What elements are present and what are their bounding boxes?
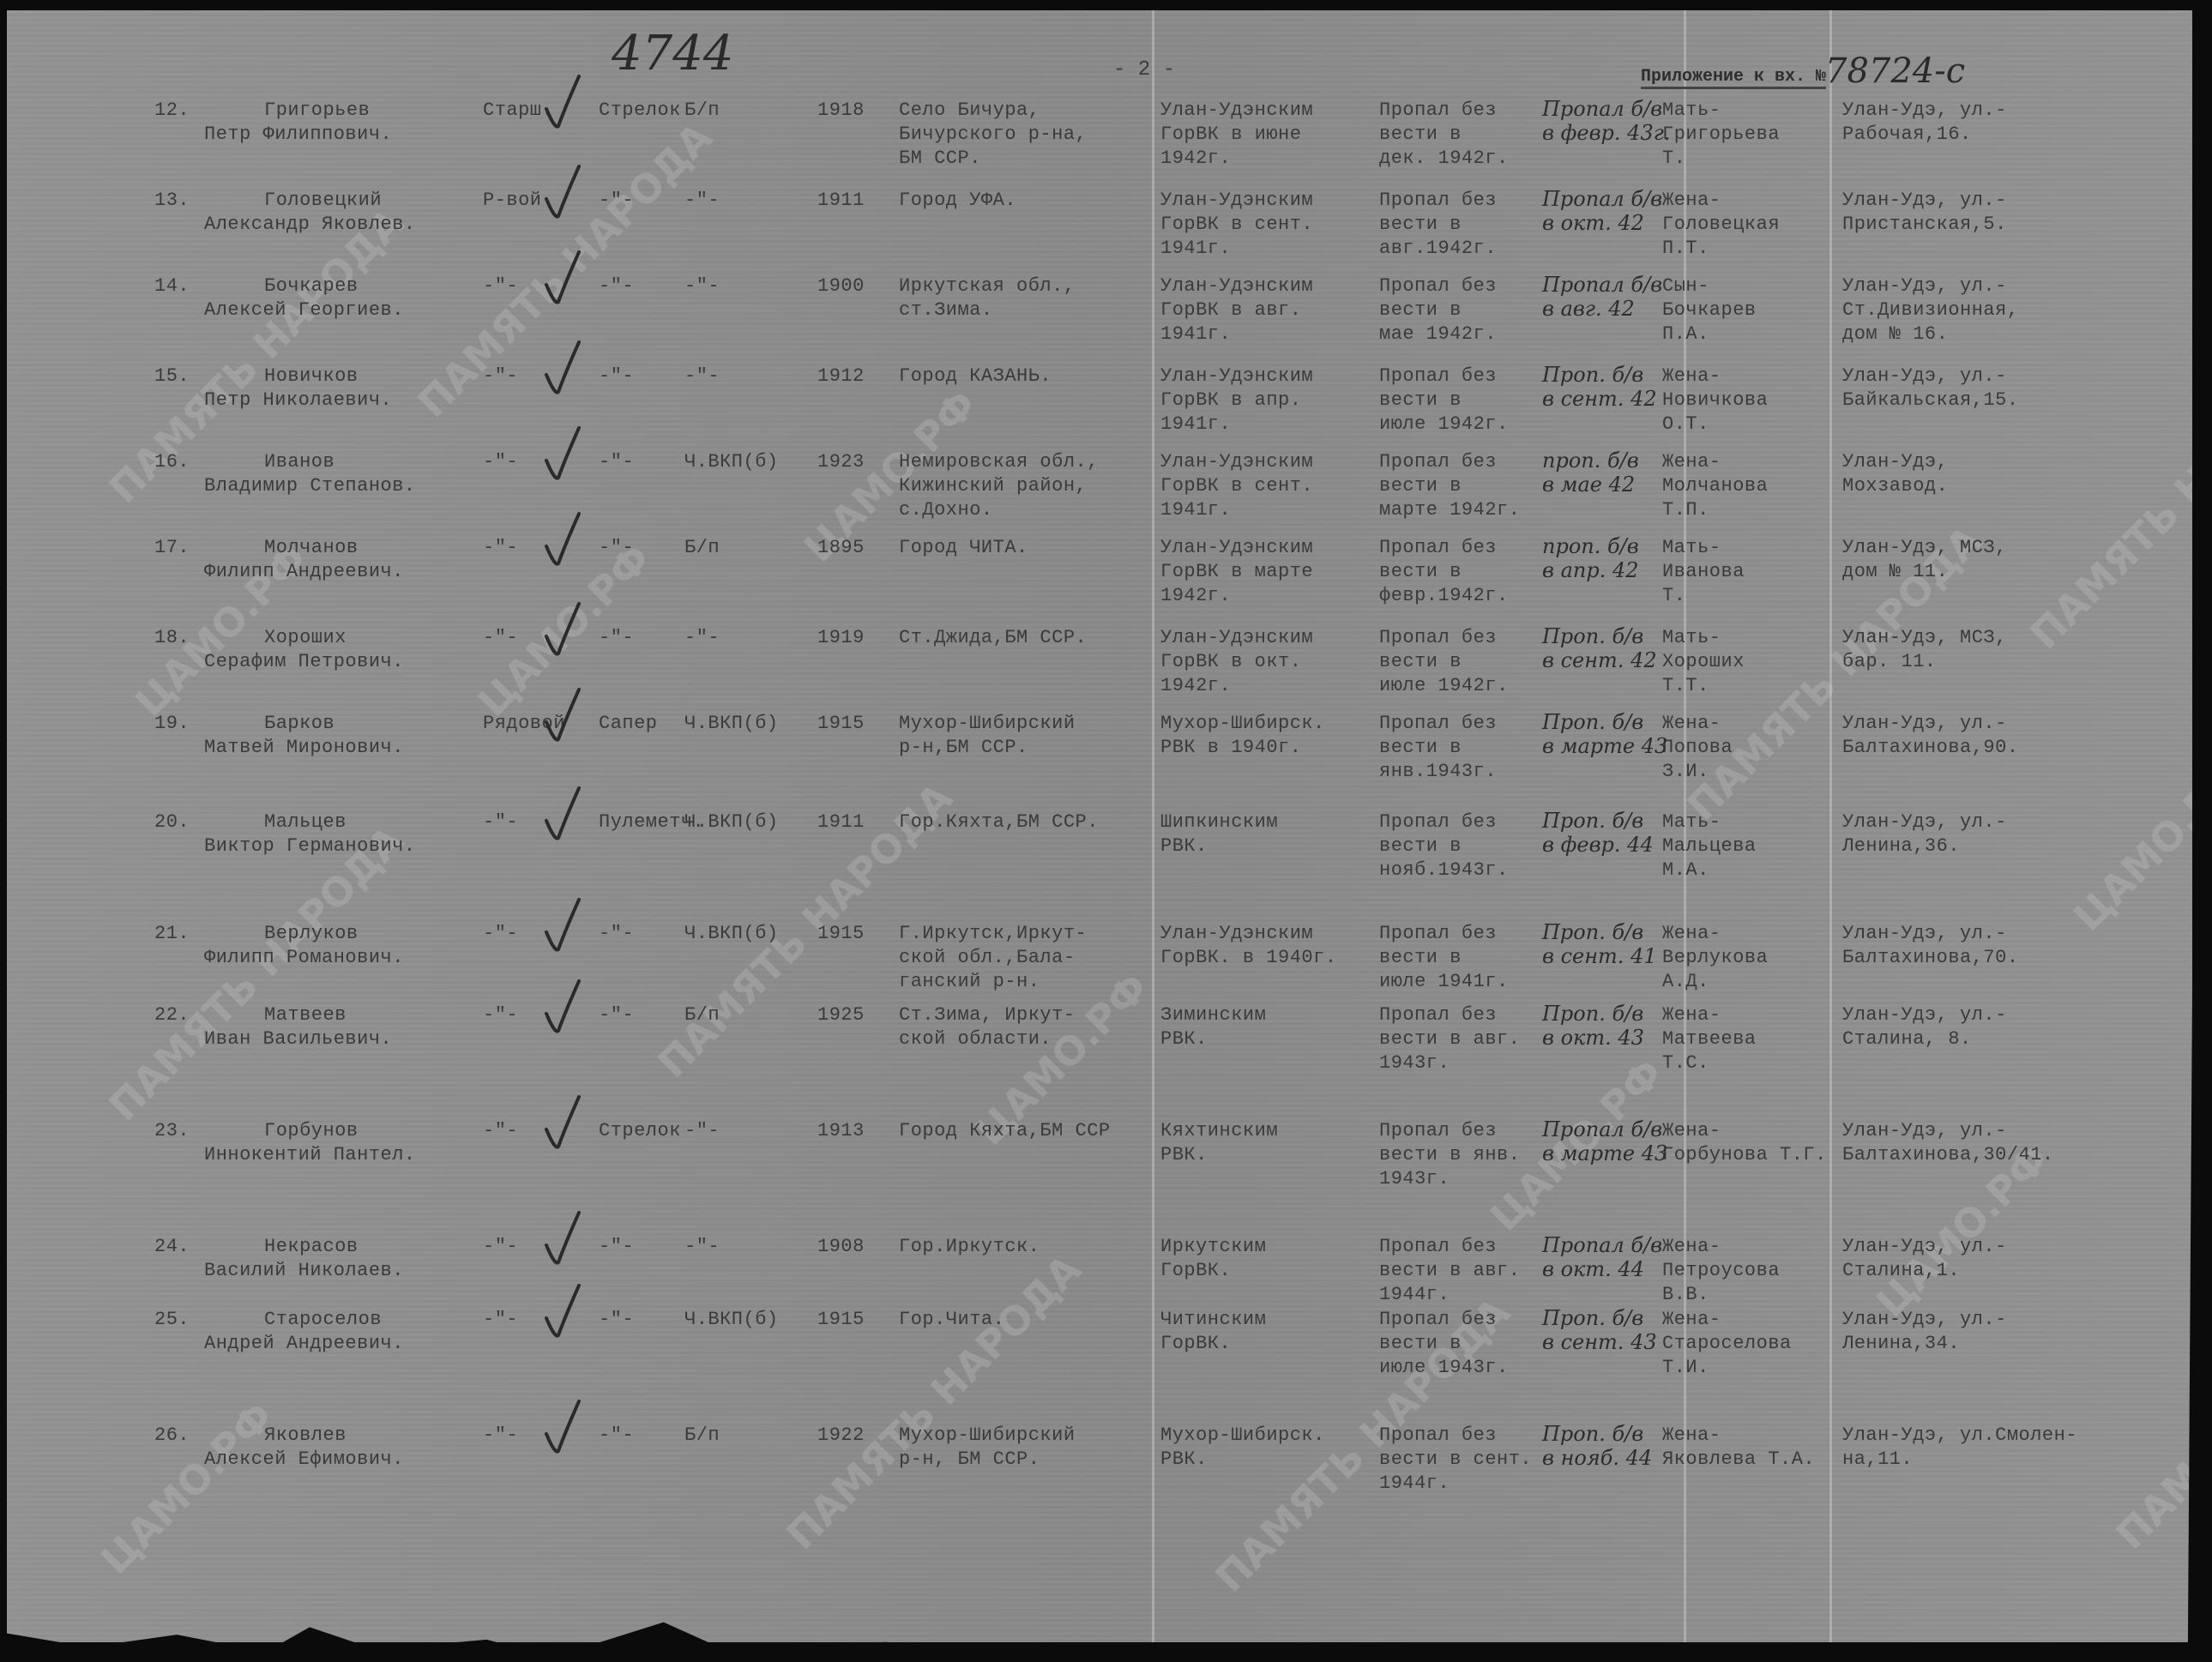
checkmark-icon — [543, 249, 581, 309]
address: Улан-Удэ, ул.- Ленина,34. — [1842, 1308, 2007, 1356]
handwritten-note: Проп. б/в в нояб. 44 — [1542, 1422, 1652, 1470]
handwritten-note: Пропал б/в в марте 43 — [1542, 1117, 1667, 1165]
handwritten-mark: 4744 — [612, 26, 734, 81]
checkmark-icon — [543, 1093, 581, 1153]
surname: Горбунов — [264, 1119, 359, 1143]
birthplace: Гор.Кяхта,БМ ССР. — [899, 810, 1099, 834]
position: -"- — [599, 626, 634, 650]
checkmark-icon — [543, 600, 581, 660]
birthplace: Город УФА. — [899, 189, 1016, 213]
row-number: 26. — [154, 1424, 190, 1448]
surname: Барков — [264, 712, 335, 736]
handwritten-note: Проп. б/в в окт. 43 — [1542, 1002, 1644, 1050]
handwritten-note: Проп. б/в в марте 43 — [1542, 710, 1667, 758]
birthplace: Немировская обл., Кижинский район, с.Дох… — [899, 450, 1099, 522]
status: Пропал без вести в янв.1943г. — [1379, 712, 1497, 784]
given-name: Алексей Георгиев. — [204, 298, 404, 322]
surname: Староселов — [264, 1308, 382, 1332]
watermark-text: ПАМЯТЬ НАРОДА — [101, 818, 412, 1129]
watermark-text: ПАМЯТЬ НАРОДА — [101, 201, 412, 511]
header-stamp: Приложение к вх. № — [1641, 67, 1826, 89]
enlistment-office: Улан-Удэнским ГорВК. в 1940г. — [1160, 922, 1337, 970]
document-page: ПАМЯТЬ НАРОДАЦАМО.РФПАМЯТЬ НАРОДАЦАМО.РФ… — [7, 9, 2192, 1642]
watermark-text: ПАМЯТЬ НАРОДА — [2022, 346, 2212, 657]
birth-year: 1912 — [817, 364, 865, 388]
row-number: 24. — [154, 1235, 190, 1259]
status: Пропал без вести в июле 1941г. — [1379, 922, 1509, 994]
birthplace: Город КАЗАНЬ. — [899, 364, 1052, 388]
status: Пропал без вести в июле 1943г. — [1379, 1308, 1509, 1380]
given-name: Петр Николаевич. — [204, 388, 392, 412]
row-number: 16. — [154, 450, 190, 474]
checkmark-icon — [543, 978, 581, 1038]
birth-year: 1923 — [817, 450, 865, 474]
enlistment-office: Шипкинским РВК. — [1160, 810, 1278, 858]
position: -"- — [599, 1308, 634, 1332]
header-handwritten-number: 78724-с — [1825, 51, 1965, 91]
surname: Молчанов — [264, 536, 359, 560]
handwritten-note: Проп. б/в в сент. 41 — [1542, 920, 1657, 968]
handwritten-note: проп. б/в в апр. 42 — [1542, 534, 1639, 582]
handwritten-note: Проп. б/в в февр. 44 — [1542, 809, 1654, 857]
surname: Матвеев — [264, 1003, 347, 1027]
enlistment-office: Улан-Удэнским ГорВК в сент. 1941г. — [1160, 189, 1313, 261]
relative: Жена- Петроусова В.В. — [1662, 1235, 1780, 1307]
address: Улан-Удэ, ул.- Сталина, 8. — [1842, 1003, 2007, 1051]
surname: Иванов — [264, 450, 335, 474]
row-number: 13. — [154, 189, 190, 213]
party-membership: Б/п — [684, 536, 720, 560]
page-number: - 2 - — [1113, 58, 1175, 81]
checkmark-icon — [543, 1209, 581, 1269]
row-number: 15. — [154, 364, 190, 388]
relative: Жена- Молчанова Т.П. — [1662, 450, 1768, 522]
checkmark-icon — [543, 1398, 581, 1458]
party-membership: Б/п — [684, 1003, 720, 1027]
checkmark-icon — [543, 163, 581, 223]
status: Пропал без вести в авг. 1943г. — [1379, 1003, 1520, 1075]
given-name: Иван Васильевич. — [204, 1027, 392, 1051]
handwritten-note: Пропал б/в в окт. 44 — [1542, 1233, 1662, 1281]
party-membership: Б/п — [684, 99, 720, 123]
birthplace: Гор.Чита. — [899, 1308, 1004, 1332]
relative: Жена- Верлукова А.Д. — [1662, 922, 1768, 994]
given-name: Матвей Миронович. — [204, 736, 404, 760]
status: Пропал без вести в авг. 1944г. — [1379, 1235, 1520, 1307]
given-name: Филипп Романович. — [204, 946, 404, 970]
birth-year: 1908 — [817, 1235, 865, 1259]
fold-line — [1829, 9, 1832, 1642]
address: Улан-Удэ, ул.- Ст.Дивизионная, дом № 16. — [1842, 274, 2019, 346]
row-number: 20. — [154, 810, 190, 834]
surname: Некрасов — [264, 1235, 359, 1259]
party-membership: Ч.ВКП(б) — [684, 1308, 779, 1332]
given-name: Александр Яковлев. — [204, 213, 416, 237]
birth-year: 1900 — [817, 274, 865, 298]
relative: Мать- Хороших Т.Т. — [1662, 626, 1745, 698]
enlistment-office: Зиминским РВК. — [1160, 1003, 1266, 1051]
birthplace: Мухор-Шибирский р-н,БМ ССР. — [899, 712, 1076, 760]
birthplace: Г.Иркутск,Иркут- ской обл.,Бала- ганский… — [899, 922, 1087, 994]
row-number: 17. — [154, 536, 190, 560]
party-membership: Ч.ВКП(б) — [684, 810, 779, 834]
party-membership: -"- — [684, 1119, 720, 1143]
given-name: Владимир Степанов. — [204, 474, 416, 498]
checkmark-icon — [543, 339, 581, 399]
birthplace: Мухор-Шибирский р-н, БМ ССР. — [899, 1424, 1076, 1472]
checkmark-icon — [543, 73, 581, 133]
relative: Жена- Матвеева Т.С. — [1662, 1003, 1757, 1075]
handwritten-note: Проп. б/в в сент. 42 — [1542, 624, 1657, 672]
address: Улан-Удэ, ул.- Балтахинова,70. — [1842, 922, 2019, 970]
position: -"- — [599, 922, 634, 946]
checkmark-icon — [543, 425, 581, 485]
handwritten-note: Пропал б/в в февр. 43г. — [1542, 97, 1670, 145]
address: Улан-Удэ, ул.- Байкальская,15. — [1842, 364, 2019, 412]
address: Улан-Удэ, ул.- Ленина,36. — [1842, 810, 2007, 858]
status: Пропал без вести в марте 1942г. — [1379, 450, 1520, 522]
checkmark-icon — [543, 686, 581, 746]
rank: -"- — [483, 1119, 518, 1143]
relative: Жена- Горбунова Т.Г. — [1662, 1119, 1827, 1167]
enlistment-office: Улан-Удэнским ГорВК в марте 1942г. — [1160, 536, 1313, 608]
birth-year: 1911 — [817, 810, 865, 834]
address: Улан-Удэ, МСЗ, дом № 11. — [1842, 536, 2007, 584]
surname: Мальцев — [264, 810, 347, 834]
address: Улан-Удэ, ул.- Балтахинова,30/41. — [1842, 1119, 2054, 1167]
surname: Головецкий — [264, 189, 382, 213]
address: Улан-Удэ, ул.- Пристанская,5. — [1842, 189, 2007, 237]
surname: Бочкарев — [264, 274, 359, 298]
relative: Сын- Бочкарев П.А. — [1662, 274, 1757, 346]
row-number: 25. — [154, 1308, 190, 1332]
relative: Мать- Мальцева М.А. — [1662, 810, 1757, 882]
fold-line — [1152, 9, 1154, 1642]
scan-border — [0, 0, 2212, 10]
birthplace: Иркутская обл., ст.Зима. — [899, 274, 1076, 322]
party-membership: -"- — [684, 189, 720, 213]
enlistment-office: Улан-Удэнским ГорВК в окт. 1942г. — [1160, 626, 1313, 698]
relative: Мать- Иванова Т. — [1662, 536, 1745, 608]
party-membership: -"- — [684, 274, 720, 298]
rank: -"- — [483, 450, 518, 474]
surname: Яковлев — [264, 1424, 347, 1448]
rank: -"- — [483, 274, 518, 298]
rank: -"- — [483, 364, 518, 388]
row-number: 14. — [154, 274, 190, 298]
relative: Жена- Новичкова О.Т. — [1662, 364, 1768, 437]
rank: -"- — [483, 536, 518, 560]
status: Пропал без вести в мае 1942г. — [1379, 274, 1497, 346]
status: Пропал без вести в нояб.1943г. — [1379, 810, 1509, 882]
relative: Жена- Староселова Т.И. — [1662, 1308, 1792, 1380]
enlistment-office: Кяхтинским РВК. — [1160, 1119, 1278, 1167]
surname: Верлуков — [264, 922, 359, 946]
address: Улан-Удэ, ул.Смолен- на,11. — [1842, 1424, 2077, 1472]
watermark-text: ЦАМО.РФ — [2065, 750, 2212, 938]
position: -"- — [599, 536, 634, 560]
party-membership: Ч.ВКП(б) — [684, 712, 779, 736]
relative: Жена- Яковлева Т.А. — [1662, 1424, 1815, 1472]
address: Улан-Удэ, ул.- Балтахинова,90. — [1842, 712, 2019, 760]
surname: Новичков — [264, 364, 359, 388]
birth-year: 1919 — [817, 626, 865, 650]
relative: Мать- Григорьева Т. — [1662, 99, 1780, 171]
scan-border — [2192, 0, 2212, 1662]
birth-year: 1918 — [817, 99, 865, 123]
address: Улан-Удэ, Мохзавод. — [1842, 450, 1948, 498]
given-name: Виктор Германович. — [204, 834, 416, 858]
given-name: Серафим Петрович. — [204, 650, 404, 674]
party-membership: Ч.ВКП(б) — [684, 922, 779, 946]
birth-year: 1922 — [817, 1424, 865, 1448]
status: Пропал без вести в июле 1942г. — [1379, 364, 1509, 437]
enlistment-office: Мухор-Шибирск. РВК в 1940г. — [1160, 712, 1325, 760]
enlistment-office: Иркутским ГорВК. — [1160, 1235, 1266, 1283]
birth-year: 1915 — [817, 922, 865, 946]
row-number: 12. — [154, 99, 190, 123]
relative: Жена- Головецкая П.Т. — [1662, 189, 1780, 261]
checkmark-icon — [543, 896, 581, 956]
rank: -"- — [483, 922, 518, 946]
birthplace: Ст.Зима, Иркут- ской области. — [899, 1003, 1076, 1051]
position: -"- — [599, 1003, 634, 1027]
handwritten-note: проп. б/в в мае 42 — [1542, 449, 1639, 497]
row-number: 23. — [154, 1119, 190, 1143]
handwritten-note: Проп. б/в в сент. 43 — [1542, 1306, 1657, 1354]
rank: Р-вой — [483, 189, 542, 213]
status: Пропал без вести в авг.1942г. — [1379, 189, 1497, 261]
given-name: Василий Николаев. — [204, 1259, 404, 1283]
enlistment-office: Улан-Удэнским ГорВК в апр. 1941г. — [1160, 364, 1313, 437]
enlistment-office: Улан-Удэнским ГорВК в сент. 1941г. — [1160, 450, 1313, 522]
row-number: 21. — [154, 922, 190, 946]
birth-year: 1913 — [817, 1119, 865, 1143]
enlistment-office: Улан-Удэнским ГорВК в авг. 1941г. — [1160, 274, 1313, 346]
watermark-text: ЦАМО.РФ — [93, 1394, 280, 1581]
birthplace: Гор.Иркутск. — [899, 1235, 1040, 1259]
status: Пропал без вести в июле 1942г. — [1379, 626, 1509, 698]
address: Улан-Удэ, ул.- Сталина,1. — [1842, 1235, 2007, 1283]
row-number: 18. — [154, 626, 190, 650]
position: -"- — [599, 274, 634, 298]
rank: -"- — [483, 1235, 518, 1259]
party-membership: -"- — [684, 626, 720, 650]
checkmark-icon — [543, 510, 581, 570]
birth-year: 1925 — [817, 1003, 865, 1027]
party-membership: Ч.ВКП(б) — [684, 450, 779, 474]
enlistment-office: Улан-Удэнским ГорВК в июне 1942г. — [1160, 99, 1313, 171]
handwritten-note: Проп. б/в в сент. 42 — [1542, 363, 1657, 411]
birth-year: 1911 — [817, 189, 865, 213]
birthplace: Город Кяхта,БМ ССР — [899, 1119, 1111, 1143]
birth-year: 1895 — [817, 536, 865, 560]
address: Улан-Удэ, МСЗ, бар. 11. — [1842, 626, 2007, 674]
row-number: 19. — [154, 712, 190, 736]
rank: -"- — [483, 1308, 518, 1332]
checkmark-icon — [543, 785, 581, 845]
position: -"- — [599, 1424, 634, 1448]
enlistment-office: Мухор-Шибирск. РВК. — [1160, 1424, 1325, 1472]
surname: Хороших — [264, 626, 347, 650]
watermark-text: ПАМЯТЬ НАРОДА — [779, 1247, 1089, 1557]
checkmark-icon — [543, 1282, 581, 1342]
position: -"- — [599, 450, 634, 474]
position: -"- — [599, 364, 634, 388]
position: -"- — [599, 189, 634, 213]
position: Стрелок — [599, 1119, 681, 1143]
rank: -"- — [483, 1003, 518, 1027]
status: Пропал без вести в февр.1942г. — [1379, 536, 1509, 608]
party-membership: Б/п — [684, 1424, 720, 1448]
handwritten-note: Пропал б/в в окт. 42 — [1542, 187, 1662, 235]
given-name: Алексей Ефимович. — [204, 1448, 404, 1472]
party-membership: -"- — [684, 364, 720, 388]
rank: -"- — [483, 626, 518, 650]
birth-year: 1915 — [817, 712, 865, 736]
row-number: 22. — [154, 1003, 190, 1027]
position: Сапер — [599, 712, 658, 736]
address: Улан-Удэ, ул.- Рабочая,16. — [1842, 99, 2007, 147]
given-name: Андрей Андреевич. — [204, 1332, 404, 1356]
enlistment-office: Читинским ГорВК. — [1160, 1308, 1266, 1356]
birth-year: 1915 — [817, 1308, 865, 1332]
position: -"- — [599, 1235, 634, 1259]
status: Пропал без вести в сент. 1944г. — [1379, 1424, 1532, 1496]
handwritten-note: Пропал б/в в авг. 42 — [1542, 273, 1662, 321]
rank: -"- — [483, 810, 518, 834]
status: Пропал без вести в дек. 1942г. — [1379, 99, 1509, 171]
birthplace: Село Бичура, Бичурского р-на, БМ ССР. — [899, 99, 1087, 171]
party-membership: -"- — [684, 1235, 720, 1259]
status: Пропал без вести в янв. 1943г. — [1379, 1119, 1520, 1191]
birthplace: Ст.Джида,БМ ССР. — [899, 626, 1087, 650]
surname: Григорьев — [264, 99, 370, 123]
given-name: Петр Филиппович. — [204, 123, 392, 147]
position: Стрелок — [599, 99, 681, 123]
birthplace: Город ЧИТА. — [899, 536, 1028, 560]
given-name: Филипп Андреевич. — [204, 560, 404, 584]
rank: -"- — [483, 1424, 518, 1448]
relative: Жена- Попова З.И. — [1662, 712, 1733, 784]
given-name: Иннокентий Пантел. — [204, 1143, 416, 1167]
